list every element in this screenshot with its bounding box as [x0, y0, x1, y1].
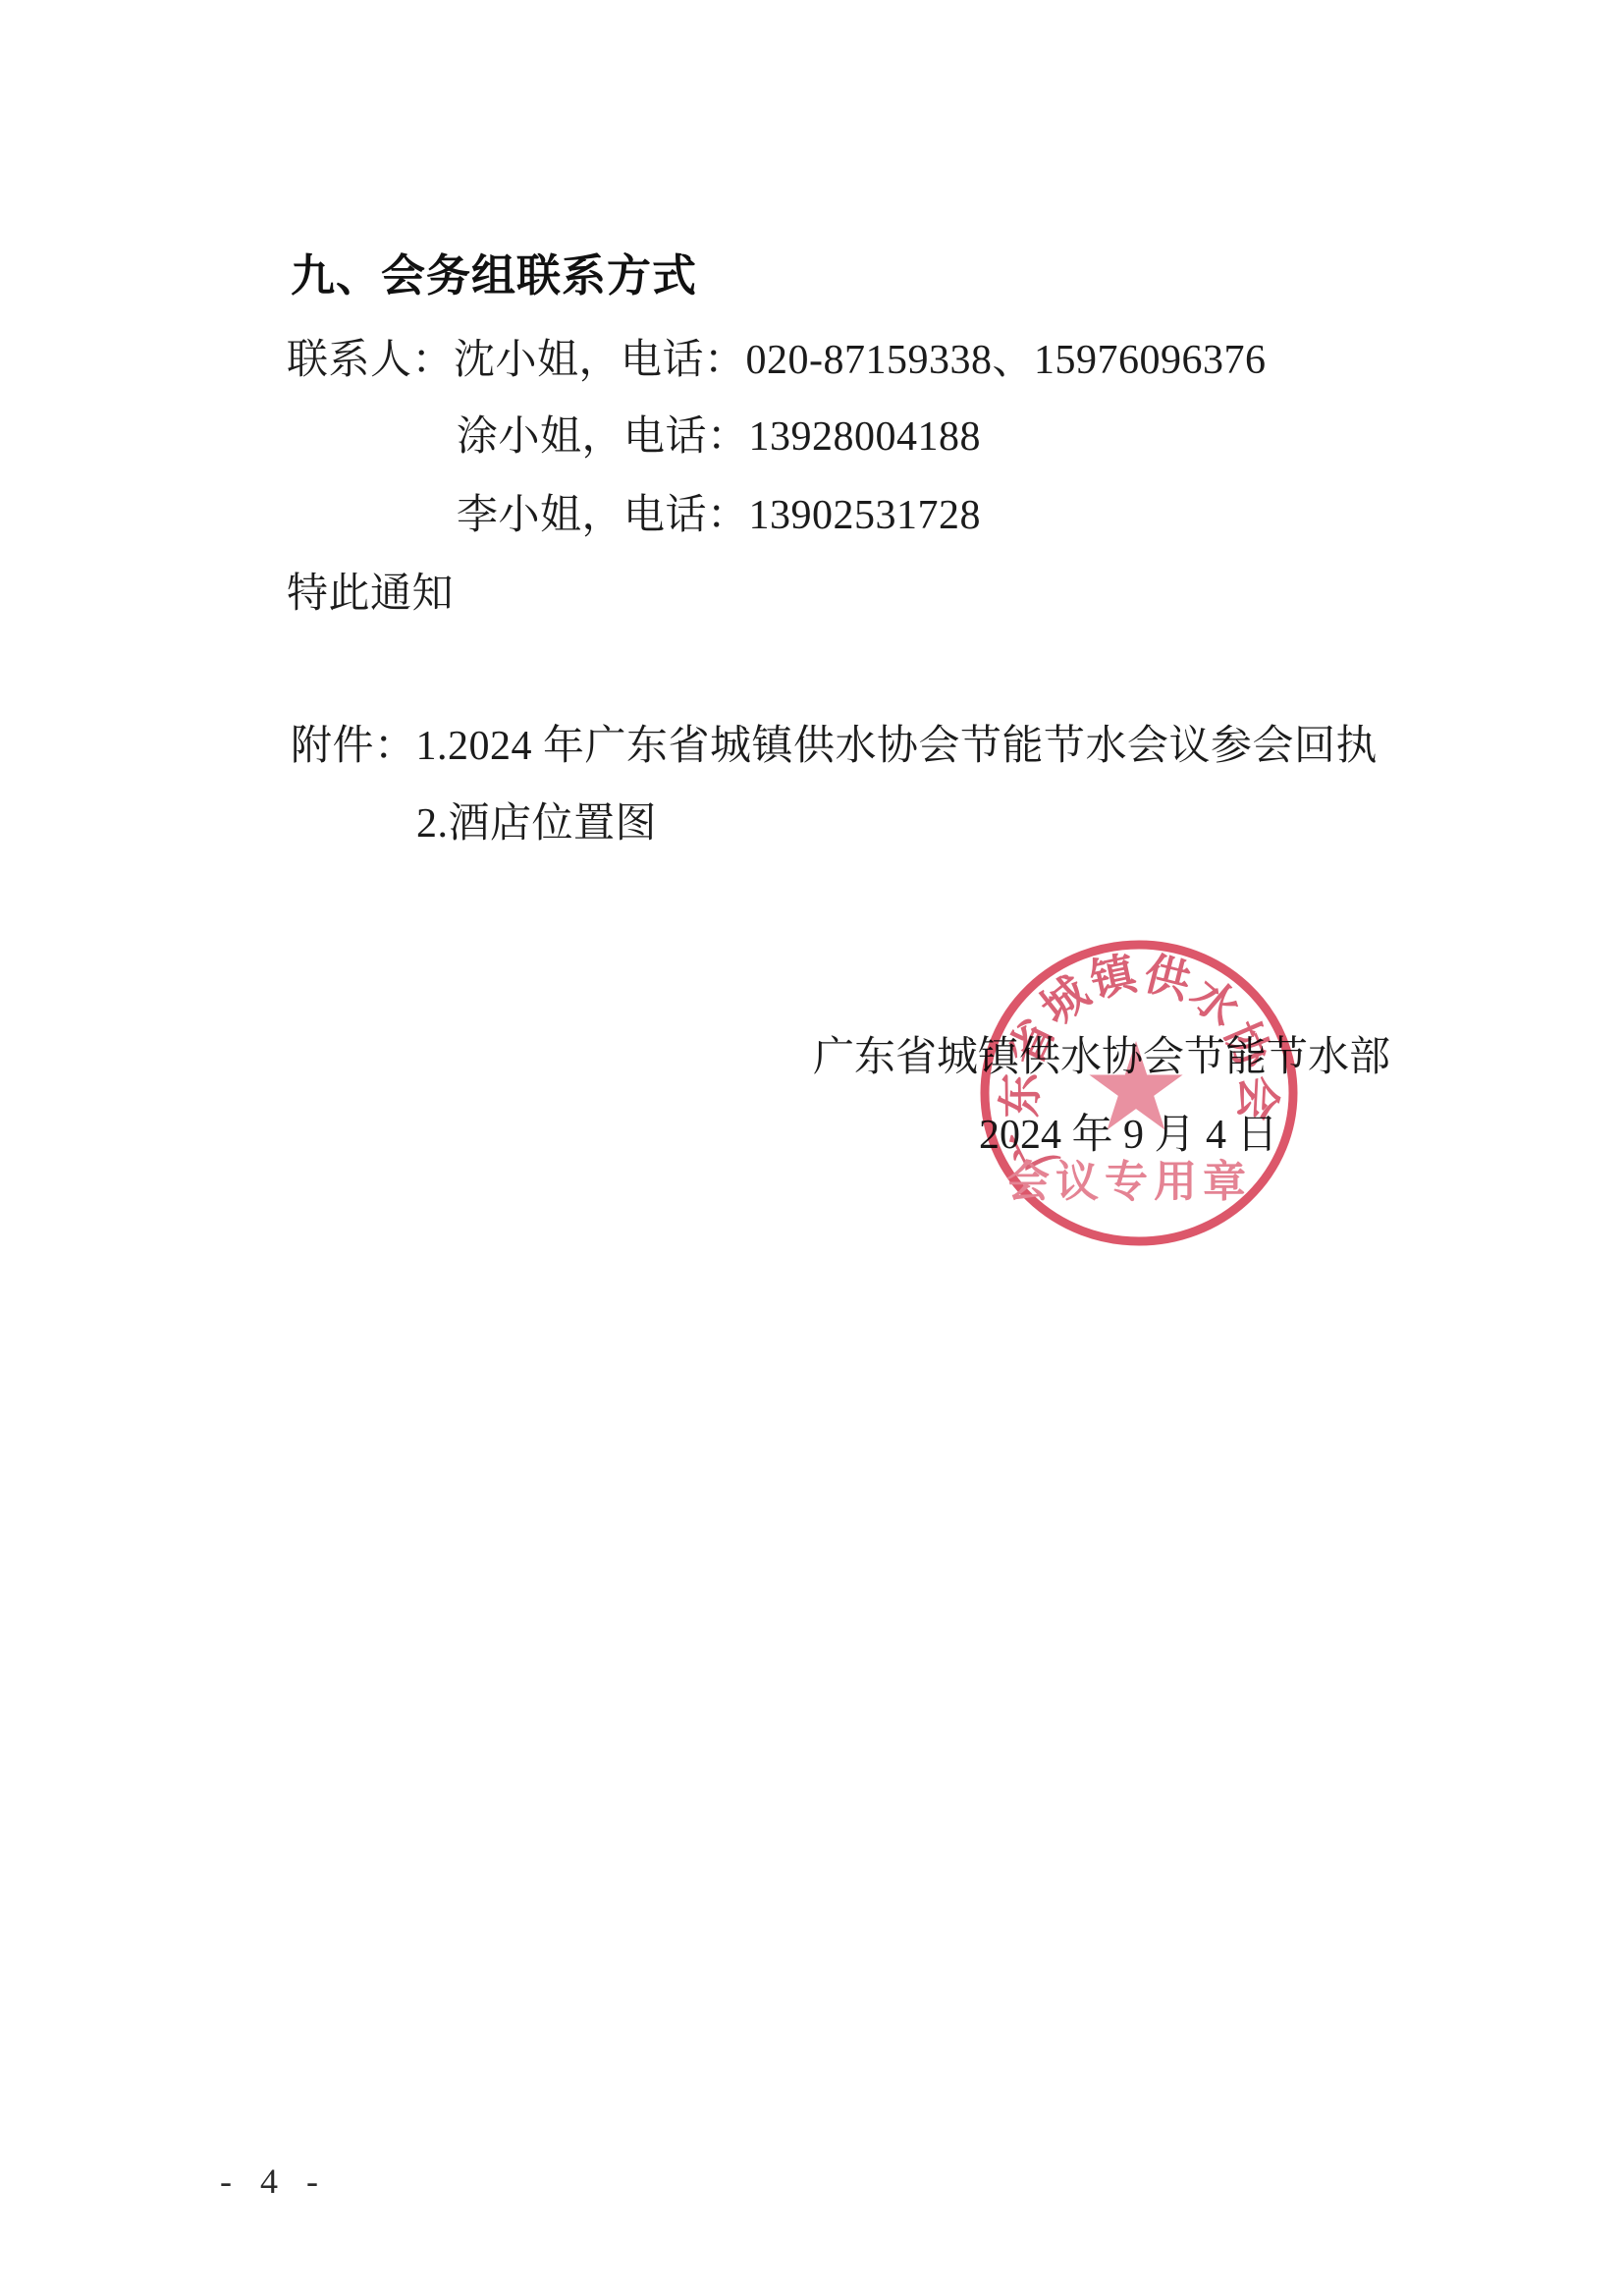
seal-arc-text: 广东省城镇供水协会 — [965, 920, 1296, 1182]
seal-star-icon — [1089, 1041, 1182, 1130]
attachment-line-1: 附件：1.2024 年广东省城镇供水协会节能节水会议参会回执 — [291, 720, 1378, 774]
contact-line-2: 涂小姐，电话：13928004188 — [457, 410, 981, 465]
document-page: 九、会务组联系方式 联系人：沈小姐，电话：020-87159338、159760… — [0, 0, 1623, 2296]
seal-bottom-text: 会议专用章 — [1006, 1157, 1252, 1207]
notice-line: 特此通知 — [287, 568, 454, 622]
official-seal: 广东省城镇供水协会 会议专用章 — [933, 887, 1345, 1299]
section-heading: 九、会务组联系方式 — [291, 253, 697, 298]
attachment-line-2: 2.酒店位置图 — [416, 797, 657, 851]
svg-text:广东省城镇供水协会: 广东省城镇供水协会 — [965, 920, 1296, 1182]
contact-line-3: 李小姐，电话：13902531728 — [457, 489, 981, 543]
page-number: - 4 - — [220, 2160, 324, 2202]
contact-line-1: 联系人：沈小姐，电话：020-87159338、15976096376 — [287, 334, 1267, 388]
